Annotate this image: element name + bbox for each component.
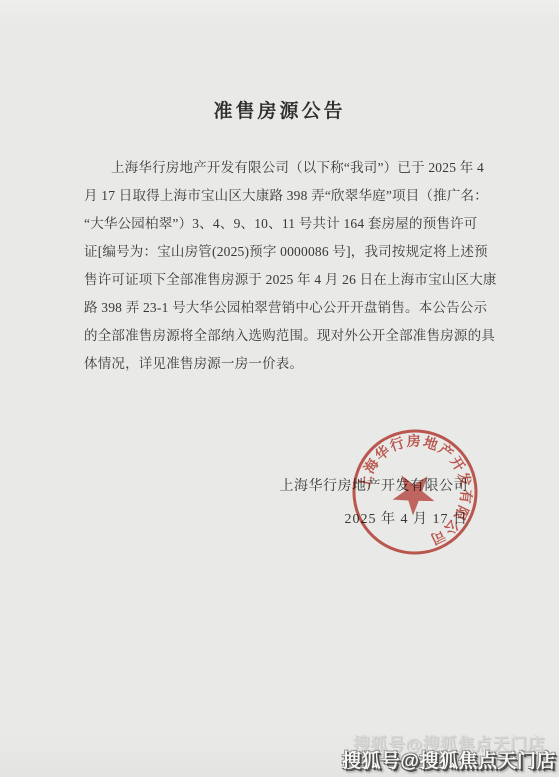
body-line: 的全部准售房源将全部纳入选购范围。现对外公开全部准售房源的具 xyxy=(84,322,482,350)
document-title: 准售房源公告 xyxy=(0,96,559,123)
body-line: 售许可证项下全部准售房源于 2025 年 4 月 26 日在上海市宝山区大康 xyxy=(84,266,482,294)
body-line: 路 398 弄 23-1 号大华公园柏翠营销中心公开开盘销售。本公告公示 xyxy=(84,294,482,322)
watermark: 搜狐号@搜狐焦点天门店 xyxy=(342,746,556,773)
body-line: “大华公园柏翠”）3、4、9、10、11 号共计 164 套房屋的预售许可 xyxy=(84,210,482,238)
red-star-icon xyxy=(386,463,444,520)
body-line: 体情况，详见准售房源一房一价表。 xyxy=(84,350,482,378)
company-seal-stamp: 上海华行房地产开发有限公司 xyxy=(321,398,509,586)
announcement-body: 上海华行房地产开发有限公司（以下称“我司”）已于 2025 年 4 月 17 日… xyxy=(84,154,482,378)
announcement-document: 准售房源公告 上海华行房地产开发有限公司（以下称“我司”）已于 2025 年 4… xyxy=(0,0,559,777)
body-line: 证[编号为：宝山房管(2025)预字 0000086 号]，我司按规定将上述预 xyxy=(84,238,482,266)
body-line: 月 17 日取得上海市宝山区大康路 398 弄“欣翠华庭”项目（推广名： xyxy=(84,182,482,210)
body-line: 上海华行房地产开发有限公司（以下称“我司”）已于 2025 年 4 xyxy=(84,154,482,182)
